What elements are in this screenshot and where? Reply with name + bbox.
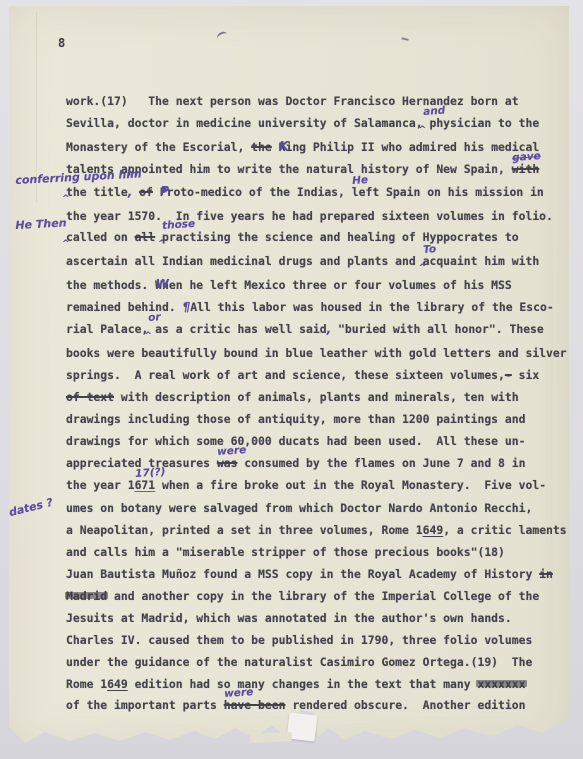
obliterated-text: Madrid (66, 589, 107, 603)
strikethrough-text: in (539, 567, 553, 581)
typed-text: rial Palace, (66, 322, 148, 336)
typed-text: of the important parts (66, 698, 224, 712)
typed-text: practising the science and healing of Hy… (162, 230, 519, 244)
typed-text: acquaint him with (423, 254, 540, 268)
typed-text: springs. A real work of art and science,… (66, 368, 505, 382)
typescript-line: rial Palace,or^ as a critic has well sai… (66, 319, 566, 343)
strikethrough-text: with (512, 162, 539, 176)
typescript-line: ascertain all Indian medicinal drugs and… (66, 251, 566, 275)
typed-text: with description of animals, plants and … (114, 390, 519, 404)
typescript-line: Jesuits at Madrid, which was annotated i… (66, 608, 566, 630)
typescript-line: Charles IV. caused them to be published … (66, 630, 566, 652)
typed-text: Juan Bautista Muñoz found a MSS copy in … (66, 567, 539, 581)
strikethrough-text: have been (224, 698, 286, 712)
typescript-line: Monastery of the Escorial, the KKing Phi… (66, 137, 566, 159)
typed-text: All this labor was housed in the library… (190, 300, 553, 314)
typed-text: work.(17) The next person was Doctor Fra… (66, 94, 519, 108)
typed-text: called on (66, 230, 135, 244)
typescript-line: drawings for which some 60,000 ducats ha… (66, 431, 566, 453)
typed-text: the year 1570. In five years he had prep… (66, 209, 553, 223)
underlined-text: 649 (423, 523, 444, 537)
typescript-line: conferring upon him^the title, of PProto… (66, 182, 566, 206)
typed-text (153, 185, 160, 199)
page-number: 8 (58, 36, 65, 50)
strikethrough-text: of text (66, 390, 114, 404)
underlined-text-annotation: 671 (135, 478, 156, 492)
typescript-line: remained behind. ¶All this labor was hou… (66, 297, 566, 319)
strikethrough-text: of (139, 185, 153, 199)
typed-text: When he left Mexico three or four volume… (155, 278, 512, 292)
typescript-line: drawings including those of antiquity, m… (66, 409, 566, 431)
typescript-line: Juan Bautista Muñoz found a MSS copy in … (66, 564, 566, 586)
typed-text: edition had so many changes in the text … (128, 677, 478, 691)
underlined-text: 649 (107, 677, 128, 691)
typescript-line: the year 1570. In five years he had prep… (66, 206, 566, 228)
typescript-line: a Neapolitan, printed a set in three vol… (66, 520, 566, 542)
typed-text: drawings including those of antiquity, m… (66, 412, 525, 426)
typed-text: , a critic laments (443, 523, 566, 537)
manuscript-page: 8 work.(17) The next person was Doctor F… (9, 6, 569, 747)
typed-text: the methods. (66, 278, 155, 292)
typed-text: and another copy in the library of the I… (107, 589, 539, 603)
typed-text: umes on botany were salvaged from which … (66, 501, 532, 515)
typed-text: Charles IV. caused them to be published … (66, 633, 532, 647)
scanned-document: 8 work.(17) The next person was Doctor F… (0, 0, 583, 759)
typed-text (272, 140, 279, 154)
typed-text: physician to the (423, 116, 540, 130)
strikethrough-text: - (505, 368, 512, 382)
text-block: work.(17) The next person was Doctor Fra… (66, 91, 566, 718)
typed-text: "buried with all honor". These (331, 322, 544, 336)
typescript-line: springs. A real work of art and science,… (66, 365, 566, 387)
typed-text: Proto-medico of the Indias, (160, 185, 352, 199)
typescript-line: Sevilla, doctor in medicine university o… (66, 113, 566, 137)
typescript-line: the methods. WWhen he left Mexico three … (66, 275, 566, 297)
typed-text: when a fire broke out in the Royal Monas… (155, 478, 546, 492)
ink-smudge (216, 30, 230, 43)
typescript-line: under the guidance of the naturalist Cas… (66, 652, 566, 674)
typed-text: the year 1 (66, 478, 135, 492)
margin-note: He Then (15, 215, 16, 237)
typescript-line: the year 117(?)671 when a fire broke out… (66, 475, 566, 498)
ink-smudge (400, 37, 408, 45)
typed-text: King Philip II who admired his medical (279, 140, 540, 154)
torn-edge-fragment (250, 732, 292, 743)
typescript-line: Rome 1649 edition had so many changes in… (66, 674, 566, 696)
typescript-line: Madrid and another copy in the library o… (66, 586, 566, 608)
obliterated-text: xxxxxxx (477, 677, 525, 691)
typed-text: ascertain all Indian medicinal drugs and… (66, 254, 423, 268)
typed-text: under the guidance of the naturalist Cas… (66, 655, 532, 669)
margin-note: conferring upon him (15, 170, 16, 192)
margin-note: dates ? (7, 503, 12, 524)
typed-text: Sevilla, doctor in medicine university o… (66, 116, 423, 130)
typed-text: six (512, 368, 539, 382)
typed-text: Rome 1 (66, 677, 107, 691)
typed-text: drawings for which some 60,000 ducats ha… (66, 434, 525, 448)
typed-text: the title (66, 185, 128, 199)
strikethrough-text: all (135, 230, 156, 244)
typescript-line: dates ?umes on botany were salvaged from… (66, 498, 566, 520)
typescript-line: work.(17) The next person was Doctor Fra… (66, 91, 566, 113)
typescript-line: He Then^called on all those^practising t… (66, 227, 566, 251)
typed-text: remained behind. (66, 300, 183, 314)
typed-text: consumed by the flames on June 7 and 8 i… (237, 456, 525, 470)
typed-text: a Neapolitan, printed a set in three vol… (66, 523, 423, 537)
typed-text: books were beautifully bound in blue lea… (66, 346, 567, 360)
typed-text: as a critic has well said (148, 322, 326, 336)
typed-text: rendered obscure. Another edition (285, 698, 525, 712)
typescript-line: of text with description of animals, pla… (66, 387, 566, 409)
typescript-line: books were beautifully bound in blue lea… (66, 343, 566, 365)
typed-text: Jesuits at Madrid, which was annotated i… (66, 611, 512, 625)
typed-text: left Spain on his mission in (352, 185, 544, 199)
strikethrough-text: the (251, 140, 272, 154)
typed-text: and calls him a "miserable stripper of t… (66, 545, 505, 559)
typescript-line: and calls him a "miserable stripper of t… (66, 542, 566, 564)
typed-text: Monastery of the Escorial, (66, 140, 251, 154)
